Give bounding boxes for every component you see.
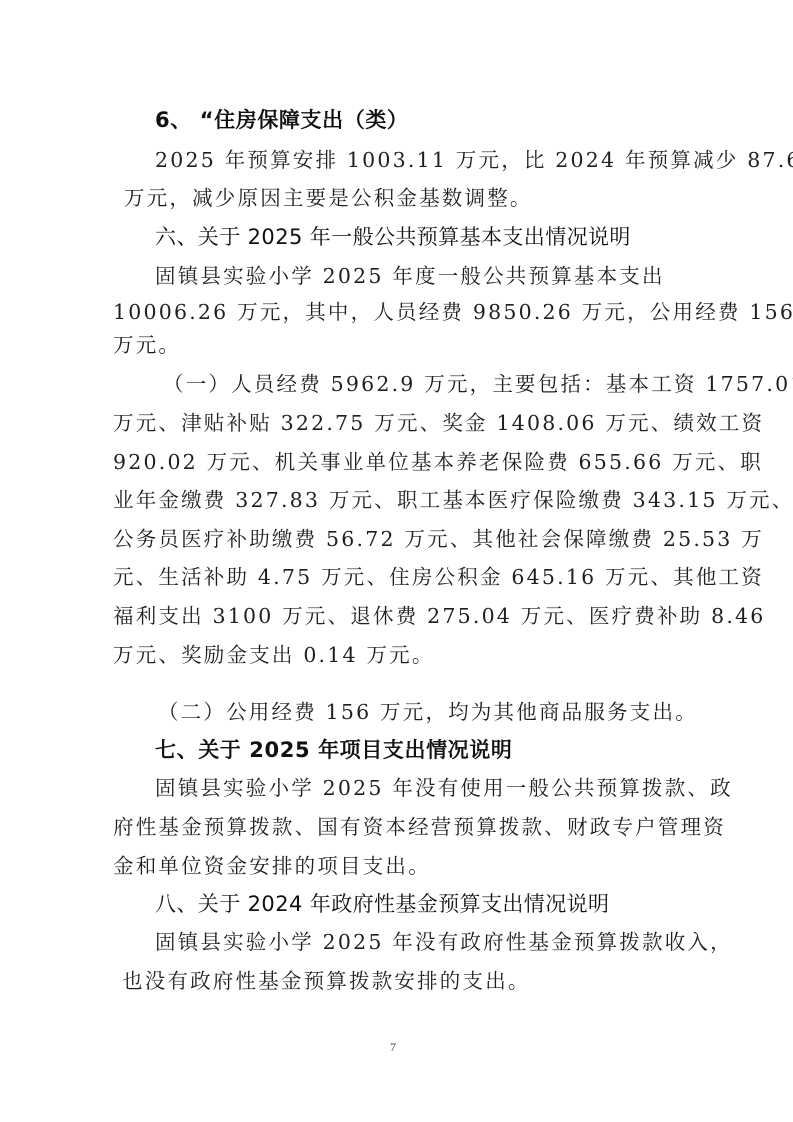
- paragraph-line: 万元，减少原因主要是公积金基数调整。: [124, 185, 533, 211]
- section-heading-government-fund: 八、关于 2024 年政府性基金预算支出情况说明: [155, 891, 609, 917]
- page-number: 7: [390, 1040, 396, 1055]
- section-heading-project-expenditure: 七、关于 2025 年项目支出情况说明: [155, 737, 512, 763]
- section-heading-housing: 6、 “住房保障支出（类）: [155, 107, 409, 133]
- paragraph-line: 固镇县实验小学 2025 年度一般公共预算基本支出: [155, 263, 665, 289]
- document-page: 6、 “住房保障支出（类） 2025 年预算安排 1003.11 万元，比 20…: [0, 0, 793, 1122]
- paragraph-line: 万元、津贴补贴 322.75 万元、奖金 1408.06 万元、绩效工资: [113, 410, 764, 436]
- paragraph-line: 业年金缴费 327.83 万元、职工基本医疗保险缴费 343.15 万元、: [113, 487, 793, 513]
- paragraph-line: 也没有政府性基金预算拨款安排的支出。: [122, 968, 531, 994]
- paragraph-line: 金和单位资金安排的项目支出。: [113, 853, 431, 879]
- paragraph-line: 固镇县实验小学 2025 年没有政府性基金预算拨款收入，: [155, 929, 733, 955]
- paragraph-line: 府性基金预算拨款、国有资本经营预算拨款、财政专户管理资: [113, 814, 726, 840]
- subsection-personnel-expenses: （一）人员经费 5962.9 万元，主要包括：基本工资 1757.01: [163, 371, 793, 397]
- paragraph-line: 元、生活补助 4.75 万元、住房公积金 645.16 万元、其他工资: [113, 564, 764, 590]
- paragraph-line: 公务员医疗补助缴费 56.72 万元、其他社会保障缴费 25.53 万: [113, 526, 764, 552]
- paragraph-line: 920.02 万元、机关事业单位基本养老保险费 655.66 万元、职: [113, 449, 763, 475]
- paragraph-line: 2025 年预算安排 1003.11 万元，比 2024 年预算减少 87.69: [155, 147, 793, 173]
- paragraph-line: 万元、奖励金支出 0.14 万元。: [113, 642, 435, 668]
- section-heading-basic-expenditure: 六、关于 2025 年一般公共预算基本支出情况说明: [155, 224, 631, 250]
- paragraph-line: 10006.26 万元，其中，人员经费 9850.26 万元，公用经费 156: [113, 299, 793, 325]
- paragraph-line: 福利支出 3100 万元、退休费 275.04 万元、医疗费补助 8.46: [113, 603, 766, 629]
- paragraph-line: 固镇县实验小学 2025 年没有使用一般公共预算拨款、政: [155, 775, 733, 801]
- subsection-public-expenses: （二）公用经费 156 万元，均为其他商品服务支出。: [158, 699, 698, 725]
- paragraph-line: 万元。: [113, 332, 181, 358]
